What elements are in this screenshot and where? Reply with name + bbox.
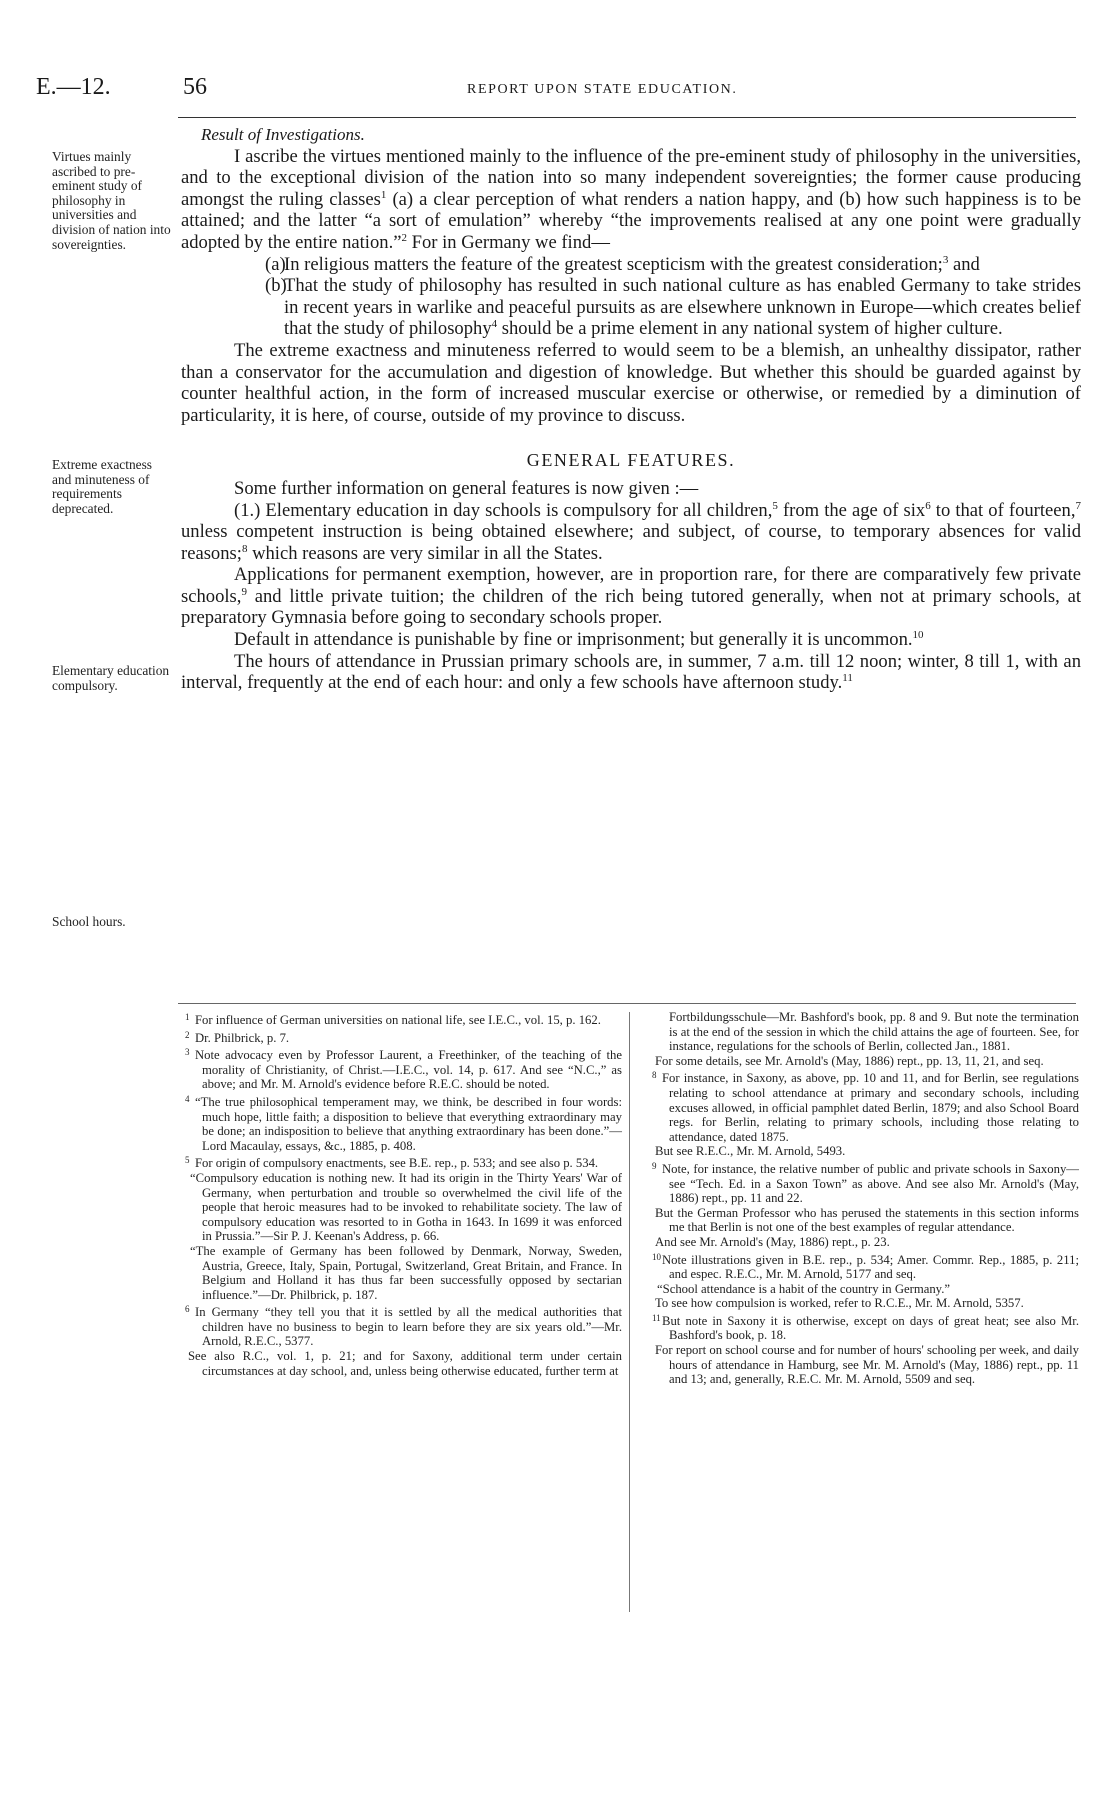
footnote-2: 2Dr. Philbrick, p. 7. — [178, 1028, 622, 1046]
paragraph-exactness: The extreme exactness and minuteness ref… — [181, 340, 1081, 426]
footnote-11-report: For report on school course and for numb… — [645, 1343, 1079, 1387]
footnote-9-professor: But the German Professor who has perused… — [645, 1206, 1079, 1235]
footnote-5-quote-philbrick: “The example of Germany has been followe… — [178, 1244, 622, 1302]
footnote-rule — [178, 1003, 1076, 1004]
footnote-3: 3Note advocacy even by Professor Laurent… — [178, 1045, 622, 1092]
footnote-8: 8For instance, in Saxony, as above, pp. … — [645, 1068, 1079, 1144]
page-number: 56 — [183, 74, 207, 101]
footnote-4: 4“The true philosophical temperament may… — [178, 1092, 622, 1153]
footnote-11: 11But note in Saxony it is otherwise, ex… — [645, 1311, 1079, 1343]
footnote-9: 9Note, for instance, the relative number… — [645, 1159, 1079, 1206]
footnote-7-details: For some details, see Mr. Arnold's (May,… — [645, 1054, 1079, 1069]
paragraph-virtues: I ascribe the virtues mentioned mainly t… — [181, 146, 1081, 254]
footnote-10-quote: “School attendance is a habit of the cou… — [645, 1282, 1079, 1297]
paragraph-intro: Some further information on general feat… — [181, 478, 1081, 500]
list-item-a: (a)In religious matters the feature of t… — [181, 254, 1081, 276]
footnotes-left-column: 1For influence of German universities on… — [178, 1010, 622, 1378]
footnote-8-see-also: But see R.E.C., Mr. M. Arnold, 5493. — [645, 1144, 1079, 1159]
footnote-ref[interactable]: 7 — [1076, 500, 1082, 512]
footnote-6: 6In Germany “they tell you that it is se… — [178, 1302, 622, 1349]
footnote-7-start: See also R.C., vol. 1, p. 21; and for Sa… — [178, 1349, 622, 1378]
margin-note-elementary-education: Elementary education compulsory. — [52, 664, 174, 693]
running-title: REPORT UPON STATE EDUCATION. — [467, 82, 737, 98]
footnote-ref[interactable]: 11 — [842, 672, 853, 684]
footnote-1: 1For influence of German universities on… — [178, 1010, 622, 1028]
section-title: GENERAL FEATURES. — [181, 450, 1081, 472]
footnote-10: 10Note illustrations given in B.E. rep.,… — [645, 1250, 1079, 1282]
paragraph-exemption: Applications for permanent exemption, ho… — [181, 564, 1081, 629]
document-code: E.—12. — [36, 74, 111, 101]
paragraph-default: Default in attendance is punishable by f… — [181, 629, 1081, 651]
subheading: Result of Investigations. — [181, 124, 1081, 146]
margin-note-exactness: Extreme exactness and minuteness of requ… — [52, 458, 174, 516]
main-text: Result of Investigations. I ascribe the … — [181, 124, 1081, 694]
footnote-9-see-also: And see Mr. Arnold's (May, 1886) rept., … — [645, 1235, 1079, 1250]
footnote-10-compulsion: To see how compulsion is worked, refer t… — [645, 1296, 1079, 1311]
footnote-column-divider — [629, 1012, 630, 1612]
margin-note-virtues: Virtues mainly ascribed to pre-eminent s… — [52, 150, 174, 252]
footnote-5-quote-keenan: “Compulsory education is nothing new. It… — [178, 1171, 622, 1244]
paragraph-elementary: (1.) Elementary education in day schools… — [181, 500, 1081, 565]
margin-note-school-hours: School hours. — [52, 915, 174, 930]
header-rule — [178, 117, 1076, 118]
list-item-b: (b)That the study of philosophy has resu… — [181, 275, 1081, 340]
footnote-ref[interactable]: 10 — [913, 629, 924, 641]
paragraph-school-hours: The hours of attendance in Prussian prim… — [181, 651, 1081, 694]
page-header: E.—12. 56 REPORT UPON STATE EDUCATION. — [0, 74, 1114, 104]
footnote-7-continuation: Fortbildungsschule—Mr. Bashford's book, … — [645, 1010, 1079, 1054]
footnotes-right-column: Fortbildungsschule—Mr. Bashford's book, … — [645, 1010, 1079, 1387]
footnote-5: 5For origin of compulsory enactments, se… — [178, 1153, 622, 1171]
